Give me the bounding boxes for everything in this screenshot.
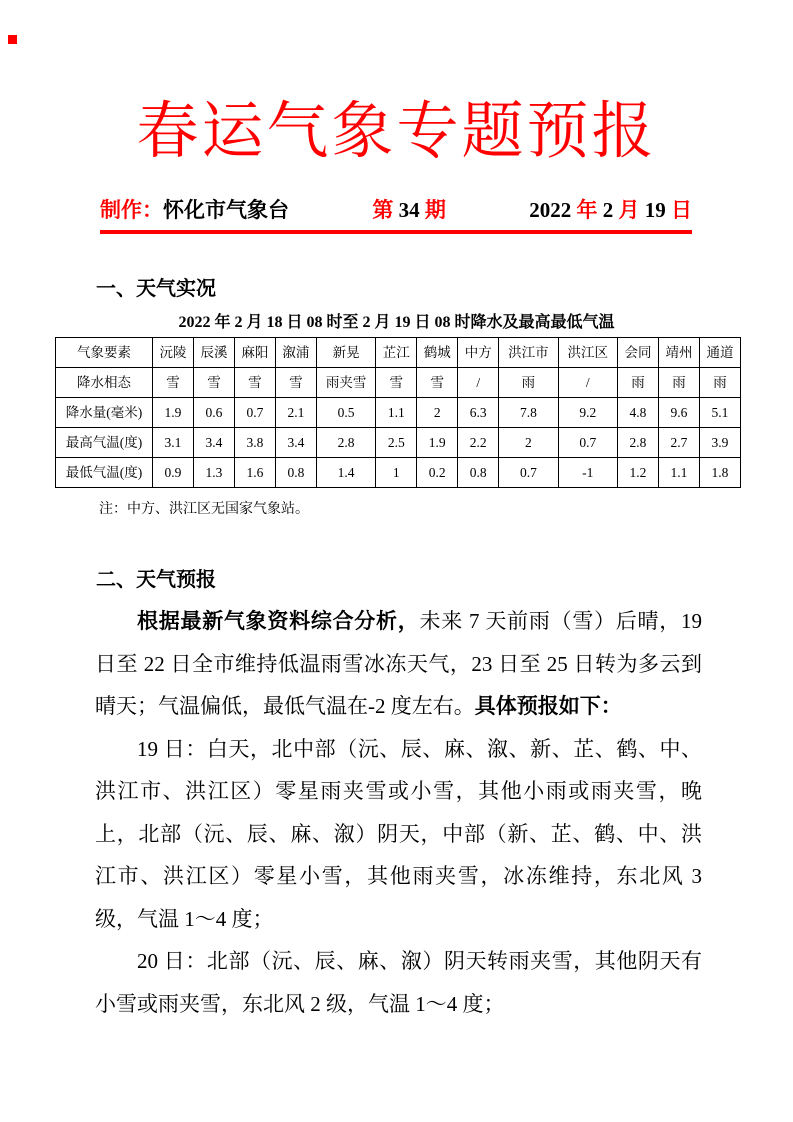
- column-header-cell: 芷江: [376, 338, 417, 368]
- table-cell: 雪: [234, 368, 275, 398]
- table-cell: 1.1: [658, 458, 699, 488]
- section-heading-weather-actual: 一、天气实况: [96, 276, 216, 302]
- table-cell: 1.9: [153, 398, 194, 428]
- text-run: 19 日：白天，北中部（沅、辰、麻、溆、新、芷、鹤、中、洪江市、洪江区）零星雨夹…: [95, 737, 702, 931]
- table-cell: 2.7: [658, 428, 699, 458]
- table-cell: 3.9: [699, 428, 740, 458]
- weather-table-title: 2022 年 2 月 18 日 08 时至 2 月 19 日 08 时降水及最高…: [0, 312, 793, 334]
- column-header-cell: 会同: [618, 338, 659, 368]
- table-cell: 1.6: [234, 458, 275, 488]
- column-header-cell: 沅陵: [153, 338, 194, 368]
- table-cell: 7.8: [499, 398, 558, 428]
- table-cell: 2.5: [376, 428, 417, 458]
- masthead-producer: 制作：怀化市气象台: [100, 196, 289, 224]
- table-cell: 4.8: [618, 398, 659, 428]
- table-cell: 雪: [193, 368, 234, 398]
- table-cell: 9.2: [558, 398, 617, 428]
- text-run: 制作：: [100, 198, 163, 222]
- text-run: 怀化市气象台: [163, 198, 289, 222]
- forecast-summary-paragraph: 根据最新气象资料综合分析，未来 7 天前雨（雪）后晴，19 日至 22 日全市维…: [95, 600, 702, 728]
- table-cell: 雨夹雪: [316, 368, 375, 398]
- table-cell: 0.8: [458, 458, 499, 488]
- red-corner-mark: [8, 35, 17, 44]
- table-header-row: 气象要素沅陵辰溪麻阳溆浦新晃芷江鹤城中方洪江市洪江区会同靖州通道: [56, 338, 741, 368]
- text-run: 20 日：北部（沅、辰、麻、溆）阴天转雨夹雪，其他阴天有小雪或雨夹雪，东北风 2…: [95, 949, 702, 1016]
- text-run: 根据最新气象资料综合分析，: [137, 609, 420, 633]
- table-cell: 1.3: [193, 458, 234, 488]
- text-run: 具体预报如下：: [475, 694, 622, 718]
- table-cell: 0.7: [499, 458, 558, 488]
- table-cell: 雪: [417, 368, 458, 398]
- table-cell: 1.8: [699, 458, 740, 488]
- column-header-cell: 溆浦: [275, 338, 316, 368]
- row-label-cell: 最低气温(度): [56, 458, 153, 488]
- forecast-day19-paragraph: 19 日：白天，北中部（沅、辰、麻、溆、新、芷、鹤、中、洪江市、洪江区）零星雨夹…: [95, 728, 702, 941]
- table-cell: 2: [417, 398, 458, 428]
- table-row: 最高气温(度)3.13.43.83.42.82.51.92.220.72.82.…: [56, 428, 741, 458]
- column-header-cell: 新晃: [316, 338, 375, 368]
- column-header-cell: 中方: [458, 338, 499, 368]
- column-header-cell: 通道: [699, 338, 740, 368]
- table-cell: 0.9: [153, 458, 194, 488]
- table-cell: 雪: [275, 368, 316, 398]
- table-cell: 雨: [658, 368, 699, 398]
- table-cell: 2.8: [316, 428, 375, 458]
- table-cell: 1.2: [618, 458, 659, 488]
- table-cell: 0.2: [417, 458, 458, 488]
- document-title: 春运气象专题预报: [0, 98, 793, 167]
- table-cell: 2: [499, 428, 558, 458]
- table-cell: 0.8: [275, 458, 316, 488]
- table-cell: 雪: [153, 368, 194, 398]
- text-run: 34: [393, 198, 425, 222]
- table-note: 注：中方、洪江区无国家气象站。: [99, 500, 309, 520]
- table-cell: 5.1: [699, 398, 740, 428]
- column-header-cell: 气象要素: [56, 338, 153, 368]
- forecast-body: 根据最新气象资料综合分析，未来 7 天前雨（雪）后晴，19 日至 22 日全市维…: [95, 600, 702, 1025]
- section-heading-forecast: 二、天气预报: [96, 567, 216, 593]
- table-cell: 1: [376, 458, 417, 488]
- table-cell: 1.1: [376, 398, 417, 428]
- weather-observation-table: 气象要素沅陵辰溪麻阳溆浦新晃芷江鹤城中方洪江市洪江区会同靖州通道降水相态雪雪雪雪…: [55, 337, 741, 488]
- table-cell: 1.9: [417, 428, 458, 458]
- table-cell: 3.4: [275, 428, 316, 458]
- masthead: 制作：怀化市气象台 第 34 期 2022 年 2 月 19 日: [100, 196, 692, 224]
- table-cell: 3.4: [193, 428, 234, 458]
- masthead-issue-number: 第 34 期: [372, 196, 446, 224]
- column-header-cell: 靖州: [658, 338, 699, 368]
- text-run: 年: [577, 198, 598, 222]
- text-run: 月: [619, 198, 640, 222]
- table-cell: /: [558, 368, 617, 398]
- table-cell: 雨: [699, 368, 740, 398]
- column-header-cell: 辰溪: [193, 338, 234, 368]
- table-cell: 0.7: [558, 428, 617, 458]
- masthead-date: 2022 年 2 月 19 日: [529, 196, 692, 224]
- document-page: 春运气象专题预报 制作：怀化市气象台 第 34 期 2022 年 2 月 19 …: [0, 0, 793, 1122]
- table-row: 最低气温(度)0.91.31.60.81.410.20.80.7-11.21.1…: [56, 458, 741, 488]
- column-header-cell: 洪江市: [499, 338, 558, 368]
- table-cell: 雪: [376, 368, 417, 398]
- column-header-cell: 洪江区: [558, 338, 617, 368]
- text-run: 第: [372, 198, 393, 222]
- text-run: 2: [598, 198, 619, 222]
- table-cell: -1: [558, 458, 617, 488]
- table-cell: 0.5: [316, 398, 375, 428]
- table-cell: 1.4: [316, 458, 375, 488]
- row-label-cell: 降水相态: [56, 368, 153, 398]
- text-run: 日: [671, 198, 692, 222]
- table-cell: 6.3: [458, 398, 499, 428]
- table-cell: 雨: [618, 368, 659, 398]
- table-row: 降水相态雪雪雪雪雨夹雪雪雪/雨/雨雨雨: [56, 368, 741, 398]
- column-header-cell: 麻阳: [234, 338, 275, 368]
- table-cell: /: [458, 368, 499, 398]
- text-run: 19: [640, 198, 672, 222]
- column-header-cell: 鹤城: [417, 338, 458, 368]
- table-cell: 3.1: [153, 428, 194, 458]
- table-cell: 9.6: [658, 398, 699, 428]
- forecast-day20-paragraph: 20 日：北部（沅、辰、麻、溆）阴天转雨夹雪，其他阴天有小雪或雨夹雪，东北风 2…: [95, 940, 702, 1025]
- table-cell: 雨: [499, 368, 558, 398]
- table-row: 降水量(毫米)1.90.60.72.10.51.126.37.89.24.89.…: [56, 398, 741, 428]
- table-cell: 2.8: [618, 428, 659, 458]
- table-cell: 0.6: [193, 398, 234, 428]
- row-label-cell: 降水量(毫米): [56, 398, 153, 428]
- text-run: 2022: [529, 198, 576, 222]
- red-divider-line: [100, 230, 692, 234]
- table-cell: 2.1: [275, 398, 316, 428]
- table-cell: 2.2: [458, 428, 499, 458]
- table-cell: 0.7: [234, 398, 275, 428]
- table-cell: 3.8: [234, 428, 275, 458]
- text-run: 期: [425, 198, 446, 222]
- row-label-cell: 最高气温(度): [56, 428, 153, 458]
